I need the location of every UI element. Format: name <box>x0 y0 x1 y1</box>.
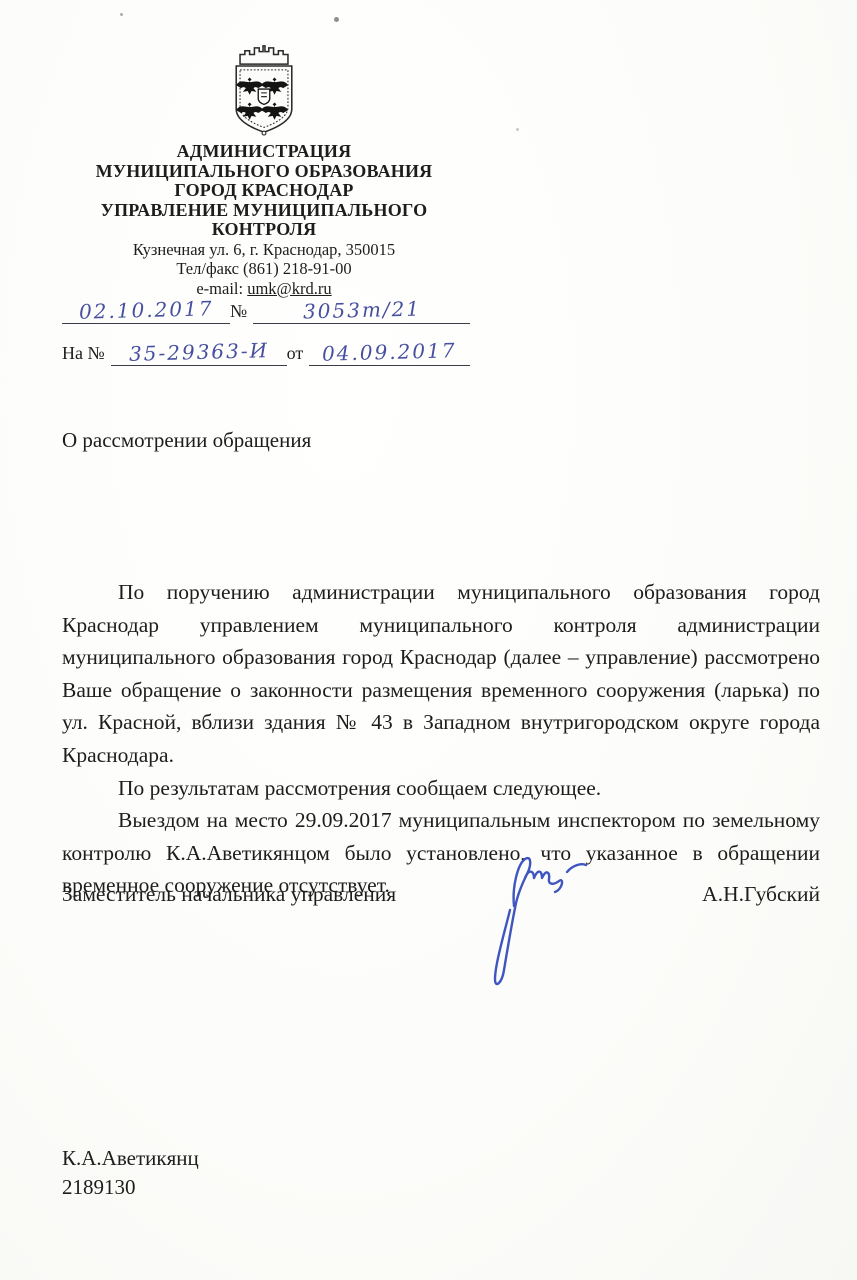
signer-name: А.Н.Губский <box>702 882 820 907</box>
org-name-line: ГОРОД КРАСНОДАР <box>60 181 468 201</box>
body-paragraph: По результатам рассмотрения сообщаем сле… <box>62 772 820 805</box>
incoming-ref-line: На № 35-29363-И от 04.09.2017 <box>62 340 470 366</box>
number-sign-label: № <box>230 301 253 324</box>
email-label: e-mail: <box>196 279 247 298</box>
outgoing-number-field: 3053т/21 <box>253 298 470 324</box>
scan-speck <box>334 17 339 22</box>
executor-block: К.А.Аветикянц 2189130 <box>62 1144 199 1202</box>
org-phone: Тел/факс (861) 218-91-00 <box>60 259 468 279</box>
handwritten-outgoing-number: 3053т/21 <box>302 296 421 323</box>
reply-to-label: На № <box>62 343 111 366</box>
reference-block: 02.10.2017 № 3053т/21 На № 35-29363-И от… <box>62 298 470 382</box>
handwritten-incoming-date: 04.09.2017 <box>322 338 457 366</box>
org-name-line: КОНТРОЛЯ <box>60 220 468 240</box>
letterhead: АДМИНИСТРАЦИЯ МУНИЦИПАЛЬНОГО ОБРАЗОВАНИЯ… <box>60 44 468 298</box>
outgoing-ref-line: 02.10.2017 № 3053т/21 <box>62 298 470 324</box>
executor-name: К.А.Аветикянц <box>62 1144 199 1173</box>
email-address: umk@krd.ru <box>247 279 331 298</box>
incoming-number-field: 35-29363-И <box>111 340 287 366</box>
handwritten-incoming-number: 35-29363-И <box>128 338 269 366</box>
from-date-label: от <box>287 343 310 366</box>
org-name-line: УПРАВЛЕНИЕ МУНИЦИПАЛЬНОГО <box>60 201 468 221</box>
scanned-letter-page: АДМИНИСТРАЦИЯ МУНИЦИПАЛЬНОГО ОБРАЗОВАНИЯ… <box>0 0 857 1280</box>
outgoing-date-field: 02.10.2017 <box>62 298 230 324</box>
incoming-date-field: 04.09.2017 <box>309 340 470 366</box>
scan-speck <box>516 128 519 131</box>
org-name-line: АДМИНИСТРАЦИЯ <box>60 142 468 162</box>
org-name-line: МУНИЦИПАЛЬНОГО ОБРАЗОВАНИЯ <box>60 162 468 182</box>
krasnodar-coat-of-arms-icon <box>211 44 317 136</box>
handwritten-outgoing-date: 02.10.2017 <box>78 296 213 324</box>
signature-row: Заместитель начальника управления А.Н.Гу… <box>62 882 820 907</box>
executor-phone: 2189130 <box>62 1173 199 1202</box>
handwritten-signature-icon <box>468 848 608 998</box>
body-paragraph: По поручению администрации муниципальног… <box>62 576 820 772</box>
org-email-line: e-mail: umk@krd.ru <box>60 279 468 299</box>
scan-speck <box>120 13 123 16</box>
letter-subject: О рассмотрении обращения <box>62 428 311 453</box>
letter-body: По поручению администрации муниципальног… <box>62 576 820 902</box>
signer-position-title: Заместитель начальника управления <box>62 882 396 907</box>
org-address: Кузнечная ул. 6, г. Краснодар, 350015 <box>60 240 468 260</box>
